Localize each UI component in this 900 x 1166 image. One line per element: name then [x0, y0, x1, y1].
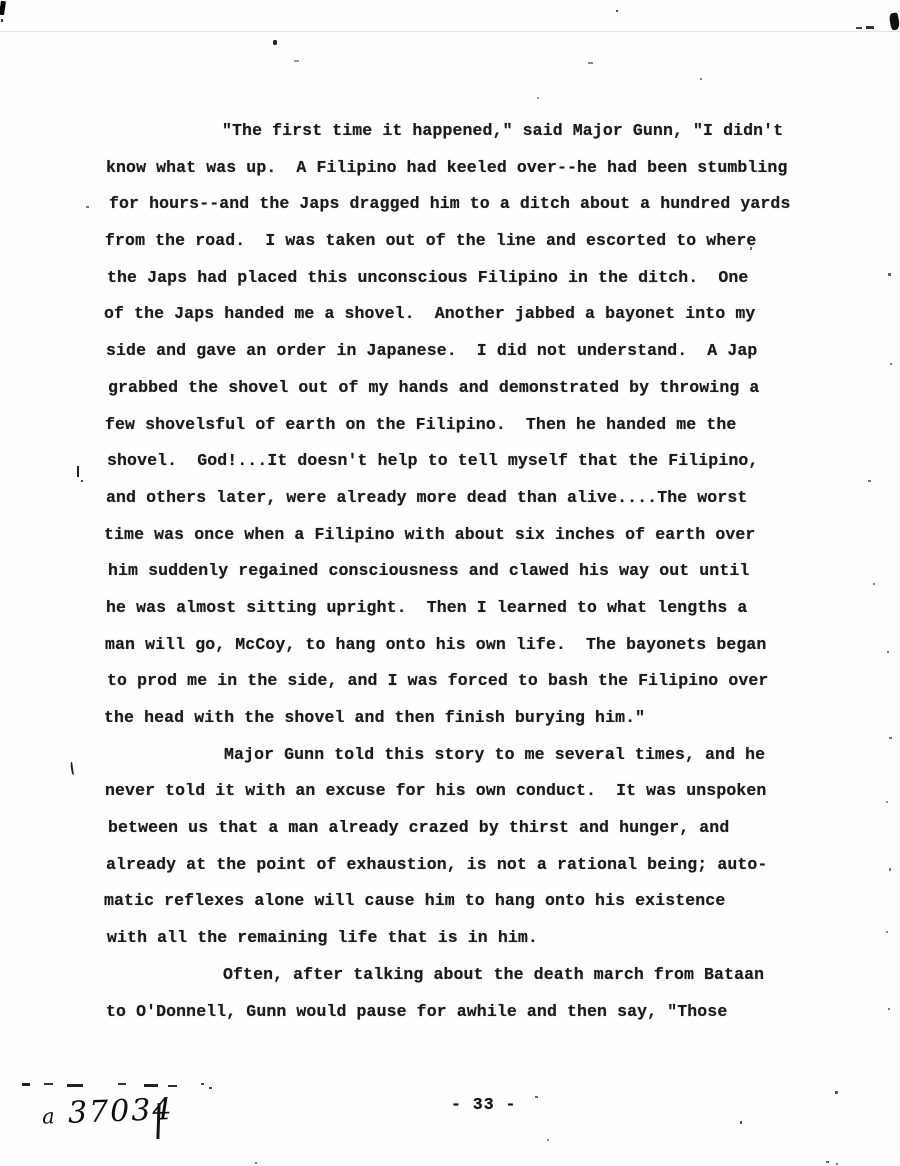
page-number: - 33 - — [451, 1097, 516, 1114]
text-line: him suddenly regained consciousness and … — [108, 553, 864, 590]
paragraph: Often, after talking about the death mar… — [104, 957, 864, 1030]
text-line: the head with the shovel and then finish… — [104, 700, 864, 737]
ink-speck — [826, 1161, 829, 1163]
ink-speck — [886, 801, 888, 803]
ink-speck — [866, 26, 874, 29]
text-line: few shovelsful of earth on the Filipino.… — [105, 407, 864, 444]
ink-speck — [537, 97, 539, 99]
ink-speck — [273, 40, 277, 45]
ink-speck — [118, 1083, 126, 1085]
ink-speck — [0, 1, 6, 16]
ink-speck — [81, 480, 83, 482]
ink-speck — [77, 466, 79, 477]
ink-speck — [887, 651, 889, 653]
ink-speck — [515, 237, 517, 239]
ink-speck — [588, 62, 593, 64]
ink-speck — [168, 1085, 177, 1087]
text-line: he was almost sitting upright. Then I le… — [106, 590, 864, 627]
ink-speck — [255, 1162, 257, 1164]
ink-speck — [888, 1008, 890, 1010]
text-line: already at the point of exhaustion, is n… — [106, 847, 864, 884]
ink-speck — [889, 12, 900, 30]
ink-speck — [535, 1096, 538, 1098]
text-line: never told it with an excuse for his own… — [105, 773, 864, 810]
text-line: with all the remaining life that is in h… — [107, 920, 864, 957]
ink-speck — [44, 1083, 53, 1085]
ink-speck — [201, 1083, 204, 1085]
paragraph: "The first time it happened," said Major… — [104, 113, 864, 737]
ink-speck — [700, 78, 702, 80]
text-line: "The first time it happened," said Major… — [104, 113, 864, 150]
paragraph: Major Gunn told this story to me several… — [104, 737, 864, 957]
ink-speck — [22, 1083, 30, 1086]
text-line: between us that a man already crazed by … — [108, 810, 864, 847]
ink-speck — [70, 762, 74, 775]
ink-speck — [86, 206, 89, 208]
text-line: time was once when a Filipino with about… — [104, 517, 864, 554]
ink-speck — [750, 247, 752, 250]
ink-speck — [889, 868, 891, 871]
ink-speck — [144, 1084, 158, 1087]
ink-speck — [209, 1087, 212, 1089]
ink-speck — [888, 273, 891, 276]
text-line: to O'Donnell, Gunn would pause for awhil… — [106, 994, 864, 1031]
ink-speck — [835, 1091, 838, 1094]
ink-speck — [616, 10, 618, 12]
typed-text: "The first time it happened," said Major… — [104, 113, 864, 1030]
text-line: Major Gunn told this story to me several… — [106, 737, 864, 774]
text-line: know what was up. A Filipino had keeled … — [106, 150, 864, 187]
ink-speck — [873, 583, 875, 585]
text-line: the Japs had placed this unconscious Fil… — [107, 260, 864, 297]
ink-speck — [836, 1163, 838, 1165]
handwritten-annotation: a 37034 — [41, 1091, 192, 1132]
ink-speck — [67, 1084, 83, 1087]
ink-speck — [856, 27, 862, 29]
text-line: man will go, McCoy, to hang onto his own… — [105, 627, 864, 664]
text-line: side and gave an order in Japanese. I di… — [106, 333, 864, 370]
scan-streak — [0, 31, 900, 32]
ink-speck — [886, 931, 888, 933]
text-line: matic reflexes alone will cause him to h… — [104, 883, 864, 920]
text-line: grabbed the shovel out of my hands and d… — [108, 370, 864, 407]
text-line: Often, after talking about the death mar… — [105, 957, 864, 994]
text-line: for hours--and the Japs dragged him to a… — [109, 186, 864, 223]
text-line: from the road. I was taken out of the li… — [105, 223, 864, 260]
text-line: and others later, were already more dead… — [106, 480, 864, 517]
document-page: "The first time it happened," said Major… — [0, 0, 900, 1166]
text-line: of the Japs handed me a shovel. Another … — [104, 296, 864, 333]
ink-speck — [889, 737, 892, 739]
ink-speck — [890, 363, 892, 365]
ink-speck — [1, 19, 3, 22]
ink-speck — [740, 1121, 742, 1124]
text-line: to prod me in the side, and I was forced… — [107, 663, 864, 700]
ink-speck — [868, 480, 871, 482]
ink-speck — [547, 1139, 549, 1141]
text-line: shovel. God!...It doesn't help to tell m… — [107, 443, 864, 480]
ink-speck — [294, 60, 299, 62]
